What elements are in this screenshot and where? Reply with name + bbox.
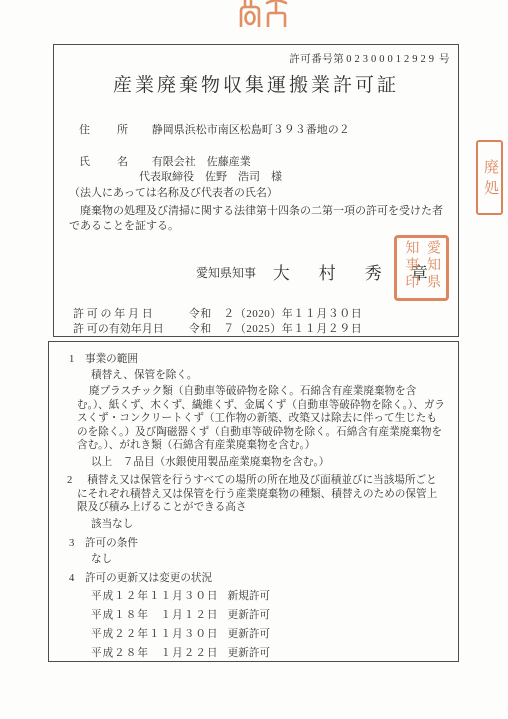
section2-number: 2 (67, 475, 87, 486)
section2-value: 該当なし (91, 517, 446, 533)
history-action: 更新許可 (228, 629, 270, 640)
issue-date-value: 令和 ２（2020）年１１月３０日 (189, 308, 363, 320)
section1-scope-text: 廃プラスチック類（自動車等破砕物を除く。石綿含有産業廃棄物を含む。）、紙くず、木… (77, 385, 446, 453)
permit-certificate-page: 許可番号第02300012929号 産業廃棄物収集運搬業許可証 住 所 静岡県浜… (0, 0, 508, 719)
section3-heading: 3許可の条件 (63, 536, 446, 552)
permit-number-suffix: 号 (439, 54, 450, 65)
representative-row: 代表取締役 佐野 浩司 様 (139, 168, 282, 184)
section1-number: 1 (63, 352, 85, 368)
governor-seal-icon: 愛知県知事印 (394, 235, 449, 301)
section1-heading: 1事業の範囲 (63, 352, 446, 368)
history-action: 更新許可 (228, 610, 270, 621)
section2-heading: 2積替え又は保管を行うすべての場所の所在地及び面積並びに当該場所ごとにそれぞれ積… (77, 474, 446, 515)
valid-date-value: 令和 ７（2025）年１１月２９日 (189, 323, 363, 335)
address-value: 静岡県浜松市南区松島町３９３番地の２ (152, 124, 350, 136)
address-row: 住 所 静岡県浜松市南区松島町３９３番地の２ (79, 121, 350, 137)
valid-date-row: 許 可の有効年月日 令和 ７（2025）年１１月２９日 (73, 320, 362, 336)
permit-number-prefix: 許可番号第 (289, 54, 344, 65)
company-name-value: 有限会社 佐藤産業 (152, 156, 251, 168)
issue-date-row: 許 可 の 年 月 日 令和 ２（2020）年１１月３０日 (73, 305, 362, 321)
section2-title: 積替え又は保管を行うすべての場所の所在地及び面積並びに当該場所ごとにそれぞれ積替… (77, 475, 437, 513)
section4-heading: 4許可の更新又は変更の状況 (63, 571, 446, 587)
history-date: 平成２２年１１月３０日 (91, 625, 219, 644)
permit-number-digits: 02300012929 (346, 54, 437, 65)
top-edge-stamp-icon (236, 0, 290, 27)
section3-title: 許可の条件 (85, 538, 138, 549)
section1-exclusion: 積替え、保管を除く。 (91, 368, 446, 384)
history-row: 平成２２年１１月３０日 更新許可 (91, 625, 446, 644)
section4-number: 4 (63, 571, 85, 587)
section1-title: 事業の範囲 (85, 354, 138, 365)
document-title: 産業廃棄物収集運搬業許可証 (54, 70, 458, 97)
history-action: 新規許可 (228, 591, 270, 602)
name-label: 氏 名 (79, 153, 149, 169)
address-label: 住 所 (79, 121, 149, 137)
certificate-box: 許可番号第02300012929号 産業廃棄物収集運搬業許可証 住 所 静岡県浜… (53, 44, 459, 337)
name-row: 氏 名 有限会社 佐藤産業 (79, 153, 251, 169)
governor-title: 愛知県知事 (196, 266, 256, 280)
legal-note: （法人にあっては名称及び代表者の氏名） (69, 184, 278, 200)
side-registration-seal-icon: 廃処 (476, 140, 503, 215)
section3-value: なし (91, 552, 446, 568)
section3-number: 3 (63, 536, 85, 552)
history-row: 平成１２年１１月３０日 新規許可 (91, 587, 446, 606)
section4-title: 許可の更新又は変更の状況 (85, 573, 212, 584)
details-box: 1事業の範囲 積替え、保管を除く。 廃プラスチック類（自動車等破砕物を除く。石綿… (48, 341, 459, 662)
valid-date-label: 許 可の有効年月日 (73, 320, 186, 336)
history-row: 平成１８年 １月１２日 更新許可 (91, 606, 446, 625)
history-action: 更新許可 (228, 648, 270, 659)
section1-total: 以上 ７品目（水銀使用製品産業廃棄物を含む。） (91, 455, 446, 471)
history-date: 平成２８年 １月２２日 (91, 644, 219, 662)
issue-date-label: 許 可 の 年 月 日 (73, 305, 186, 321)
permit-number: 許可番号第02300012929号 (289, 51, 450, 66)
history-date: 平成１２年１１月３０日 (91, 587, 219, 606)
history-date: 平成１８年 １月１２日 (91, 606, 219, 625)
history-row: 平成２８年 １月２２日 更新許可 (91, 644, 446, 662)
certification-statement: 廃棄物の処理及び清掃に関する法律第十四条の二第一項の許可を受けた者であることを証… (69, 204, 446, 234)
